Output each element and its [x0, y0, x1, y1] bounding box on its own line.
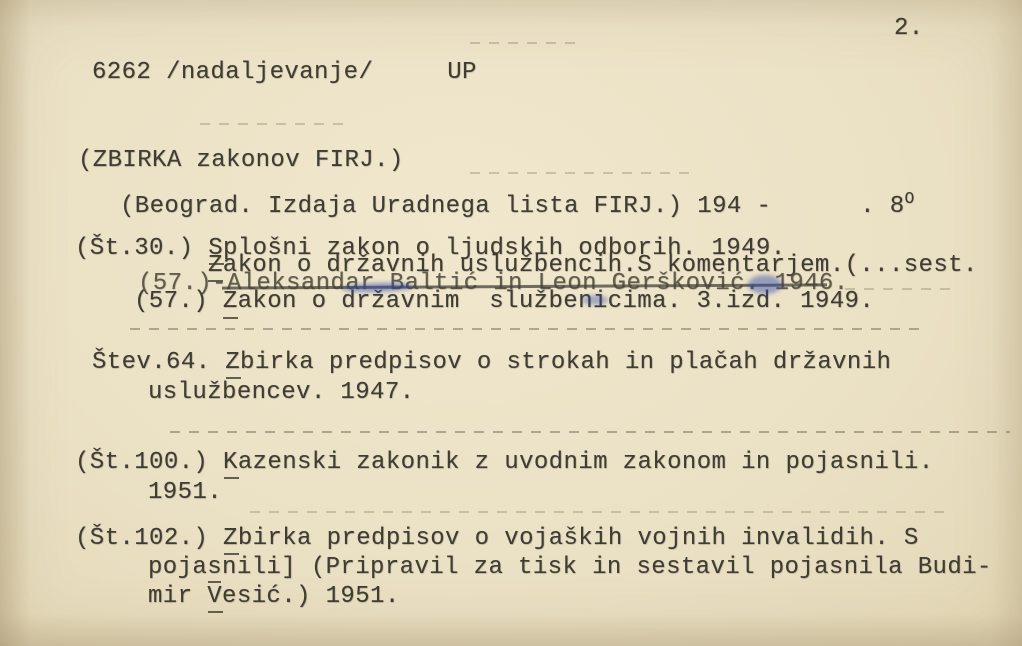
dashed-separator-2 [170, 431, 1010, 433]
entry-st102-line1: (Št.102.) Zbirka predpisov o vojaških vo… [75, 526, 919, 552]
catalog-card: 2. 6262 /nadaljevanje/ UP (ZBIRKA zakono… [0, 0, 1022, 646]
entry-st100-line1: (Št.100.) Kazenski zakonik z uvodnim zak… [75, 450, 934, 476]
entry-stev64-line1: Štev.64. Zbirka predpisov o strokah in p… [92, 350, 891, 376]
card-heading: 6262 /nadaljevanje/ UP [92, 60, 477, 86]
underline-mark-kazenski [224, 477, 239, 479]
format-superscript: O [905, 189, 915, 208]
underline-mark-zakon-slov [208, 280, 223, 282]
underline-mark-splosni [209, 263, 224, 265]
underline-mark-vesic [208, 611, 223, 613]
imprint-line: (Beograd. Izdaja Uradnega lista FIRJ.) 1… [120, 186, 914, 220]
dash-artifact-series [470, 172, 690, 174]
underline-mark-zakon-srb [223, 317, 238, 319]
entry-st100-line2: 1951. [148, 480, 222, 506]
page-number: 2. [894, 16, 924, 42]
dashed-separator-1 [130, 328, 920, 330]
entry-st102-line2: pojasnili] (Pripravil za tisk in sestavi… [148, 555, 992, 581]
entry-st102-line3: mir Vesić.) 1951. [148, 584, 400, 610]
imprint-text: (Beograd. Izdaja Uradnega lista FIRJ.) 1… [120, 193, 905, 220]
dashed-separator-3 [250, 511, 950, 513]
ink-smudge-1946 [748, 275, 782, 294]
ink-smudge-sluzbenicima [582, 295, 608, 305]
dash-artifact-top [470, 42, 580, 44]
series-title: (ZBIRKA zakonov FIRJ.) [78, 148, 404, 174]
dash-artifact-after-1946 [845, 288, 955, 290]
entry-stev64-line2: uslužbencev. 1947. [148, 380, 414, 406]
dash-artifact-under-heading [200, 123, 350, 125]
